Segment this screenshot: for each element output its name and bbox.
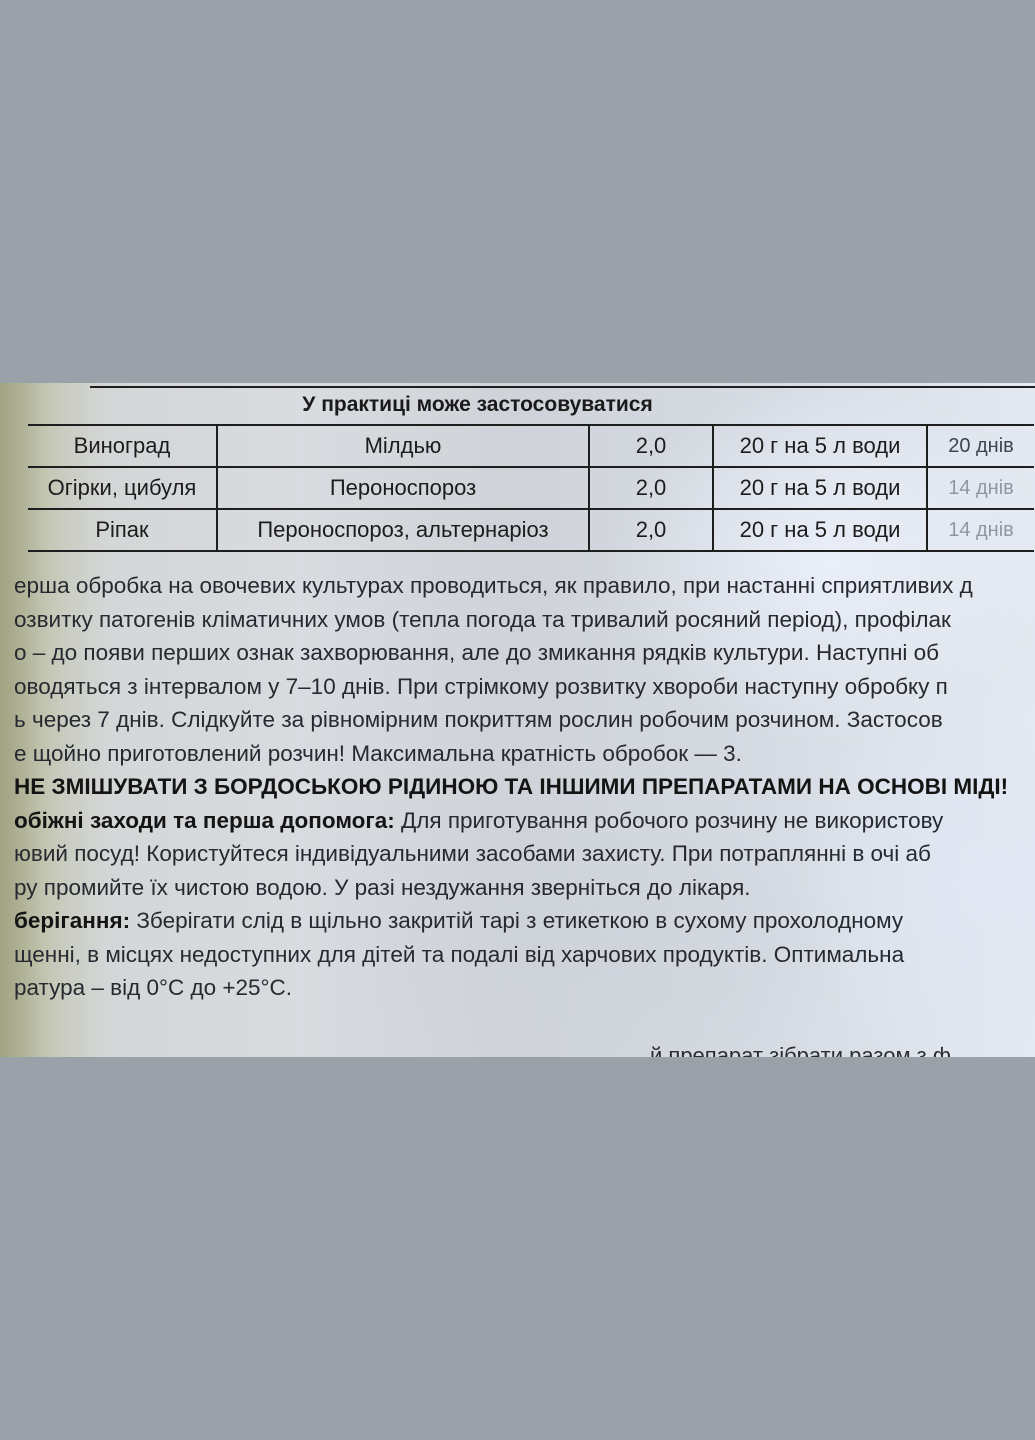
instruction-line: ерша обробка на овочевих культурах прово…	[14, 569, 1035, 603]
waiting-period-cell: 14 днів	[927, 509, 1034, 551]
crop-cell: Огірки, цибуля	[28, 467, 217, 509]
table-top-rule	[90, 386, 1035, 388]
solution-cell: 20 г на 5 л води	[713, 425, 927, 467]
crop-cell: Ріпак	[28, 509, 217, 551]
solution-cell: 20 г на 5 л води	[713, 467, 927, 509]
table-title: У практиці може застосовуватися	[0, 393, 1035, 417]
table-row: Виноград Мілдью 2,0 20 г на 5 л води 20 …	[28, 425, 1034, 467]
storage-line: ратура – від 0°C до +25°C.	[14, 971, 1035, 1005]
safety-line: ювий посуд! Користуйтеся індивідуальними…	[14, 837, 1035, 871]
table-row: Огірки, цибуля Пероноспороз 2,0 20 г на …	[28, 467, 1034, 509]
crop-cell: Виноград	[28, 425, 217, 467]
instruction-line: е щойно приготовлений розчин! Максимальн…	[14, 737, 1035, 771]
safety-line: ру промийте їх чистою водою. У разі незд…	[14, 871, 1035, 905]
disease-cell: Пероноспороз	[217, 467, 589, 509]
storage-text: Зберігати слід в щільно закритій тарі з …	[130, 908, 903, 933]
table-row: Ріпак Пероноспороз, альтернаріоз 2,0 20 …	[28, 509, 1034, 551]
cut-off-text: й препарат зібрати разом з ф	[650, 1043, 951, 1057]
instruction-line: оводяться з інтервалом у 7–10 днів. При …	[14, 670, 1035, 704]
safety-heading: обіжні заходи та перша допомога:	[14, 808, 395, 833]
storage-line: щенні, в місцях недоступних для дітей та…	[14, 938, 1035, 972]
instruction-line: ь через 7 днів. Слідкуйте за рівномірним…	[14, 703, 1035, 737]
solution-cell: 20 г на 5 л води	[713, 509, 927, 551]
waiting-period-cell: 14 днів	[927, 467, 1034, 509]
application-table: Виноград Мілдью 2,0 20 г на 5 л води 20 …	[28, 424, 1034, 552]
instruction-line: о – до появи перших ознак захворювання, …	[14, 636, 1035, 670]
safety-text: Для приготування робочого розчину не вик…	[395, 808, 944, 833]
safety-line: обіжні заходи та перша допомога: Для при…	[14, 804, 1035, 838]
storage-heading: берігання:	[14, 908, 130, 933]
product-label-photo: У практиці може застосовуватися Виноград…	[0, 383, 1035, 1057]
rate-cell: 2,0	[589, 509, 713, 551]
mixing-warning: НЕ ЗМІШУВАТИ З БОРДОСЬКОЮ РІДИНОЮ ТА ІНШ…	[14, 770, 1035, 804]
rate-cell: 2,0	[589, 467, 713, 509]
disease-cell: Мілдью	[217, 425, 589, 467]
waiting-period-cell: 20 днів	[927, 425, 1034, 467]
instruction-line: озвитку патогенів кліматичних умов (тепл…	[14, 603, 1035, 637]
disease-cell: Пероноспороз, альтернаріоз	[217, 509, 589, 551]
instructions-text: ерша обробка на овочевих культурах прово…	[14, 569, 1035, 1005]
rate-cell: 2,0	[589, 425, 713, 467]
storage-line: берігання: Зберігати слід в щільно закри…	[14, 904, 1035, 938]
